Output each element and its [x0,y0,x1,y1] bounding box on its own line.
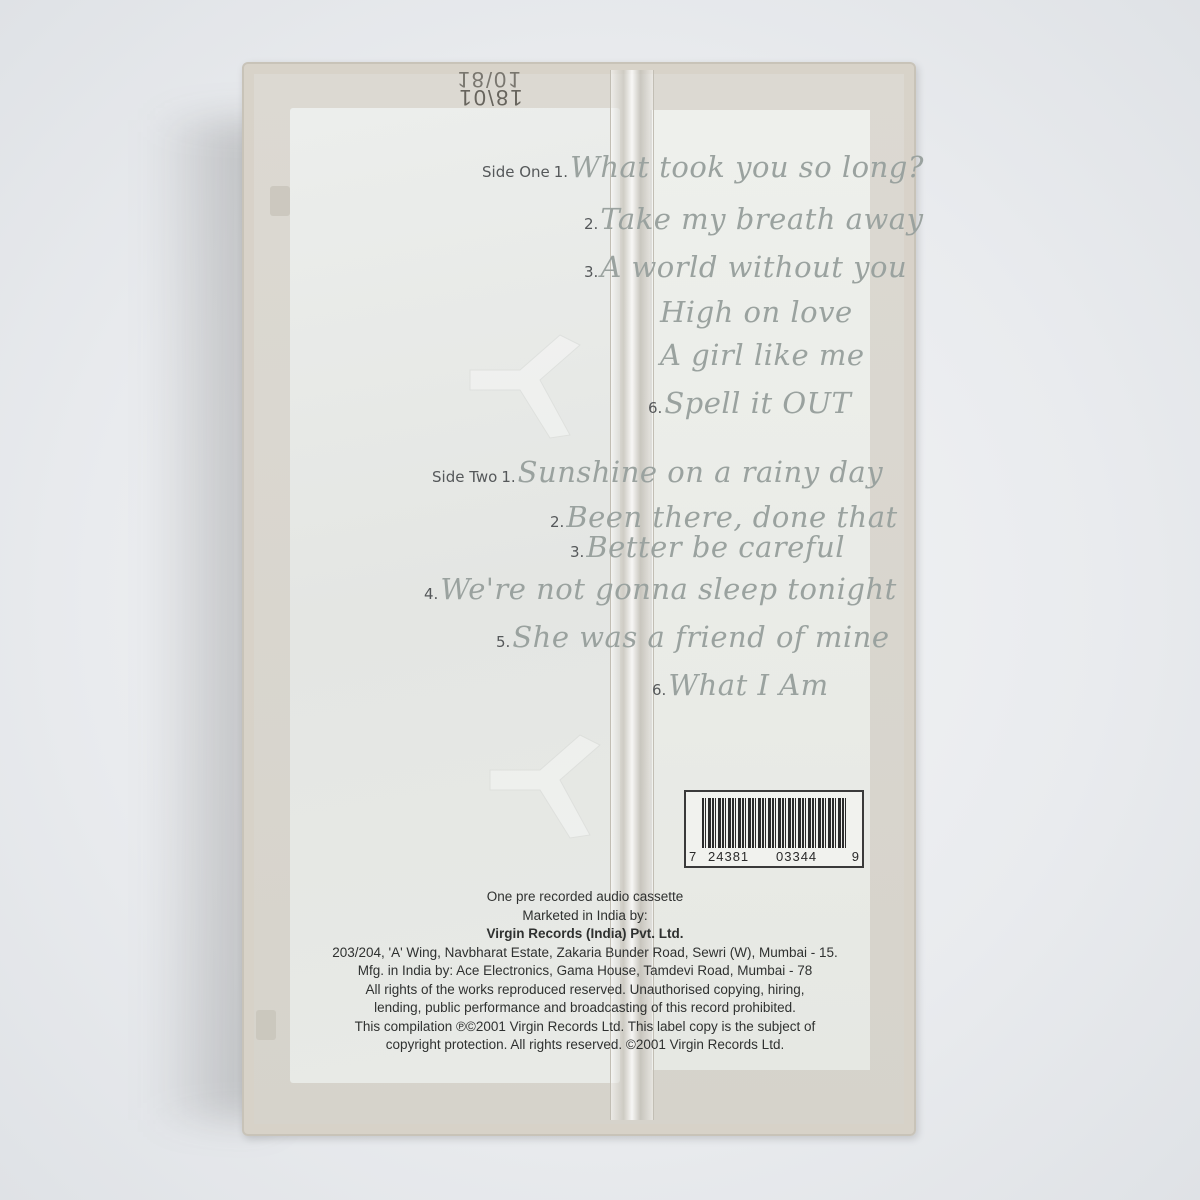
credits-block: One pre recorded audio cassette Marketed… [270,888,900,1055]
side-one-track-3: 3. A world without you [584,250,907,284]
side-two-track-5: 5. She was a friend of mine [496,620,889,654]
label-company-name: Virgin Records (India) Pvt. Ltd. [270,925,900,944]
side-two-track-1: Side Two 1. Sunshine on a rainy day [432,455,883,489]
credits-line: lending, public performance and broadcas… [270,999,900,1018]
credits-line: copyright protection. All rights reserve… [270,1036,900,1055]
side-one-track-2: 2. Take my breath away [584,202,923,236]
side-two-track-2: 2. Been there, done that [550,500,898,534]
side-one-track-5: A girl like me [660,338,865,372]
barcode-bars [702,798,846,848]
side-two-track-3: 3. Better be careful [570,530,845,564]
barcode: 7 24381 03344 9 [684,790,864,868]
side-one-track-4: High on love [660,295,853,329]
credits-line: One pre recorded audio cassette [270,888,900,907]
side-two-track-4: 4. We're not gonna sleep tonight [424,572,897,606]
credits-line: 203/204, 'A' Wing, Navbharat Estate, Zak… [270,944,900,963]
credits-line: Mfg. in India by: Ace Electronics, Gama … [270,962,900,981]
side-one-label: Side One [482,163,550,181]
side-one-track-1: Side One 1. What took you so long? [482,150,924,184]
credits-line: This compilation ℗©2001 Virgin Records L… [270,1018,900,1037]
side-two-label: Side Two [432,468,497,486]
credits-line: Marketed in India by: [270,907,900,926]
side-two-track-6: 6. What I Am [652,668,829,702]
side-one-track-6: 6. Spell it OUT [648,386,851,420]
credits-line: All rights of the works reproduced reser… [270,981,900,1000]
